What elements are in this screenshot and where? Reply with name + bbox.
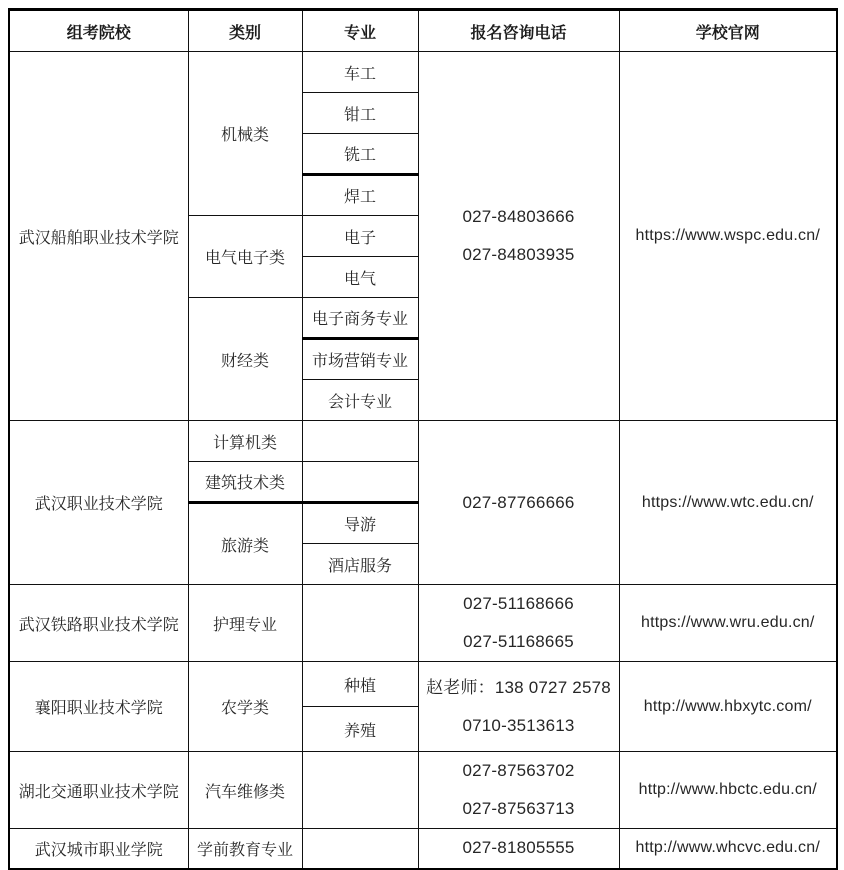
major-cell xyxy=(302,585,418,662)
table-row: 武汉船舶职业技术学院机械类车工027-84803666027-84803935h… xyxy=(9,52,837,93)
phone-cell: 027-87563702027-87563713 xyxy=(418,752,619,829)
website-cell: http://www.whcvc.edu.cn/ xyxy=(619,829,837,869)
website-cell: https://www.wtc.edu.cn/ xyxy=(619,421,837,585)
major-cell: 电气 xyxy=(302,257,418,298)
major-cell: 养殖 xyxy=(302,707,418,752)
major-cell xyxy=(302,829,418,869)
table-row: 武汉铁路职业技术学院护理专业027-51168666027-51168665ht… xyxy=(9,585,837,662)
exam-schools-table: 组考院校 类别 专业 报名咨询电话 学校官网 武汉船舶职业技术学院机械类车工02… xyxy=(8,8,838,870)
major-cell xyxy=(302,421,418,462)
category-cell: 计算机类 xyxy=(188,421,302,462)
table-row: 武汉职业技术学院计算机类027-87766666https://www.wtc.… xyxy=(9,421,837,462)
header-phone: 报名咨询电话 xyxy=(418,10,619,52)
category-cell: 护理专业 xyxy=(188,585,302,662)
header-row: 组考院校 类别 专业 报名咨询电话 学校官网 xyxy=(9,10,837,52)
table-row: 襄阳职业技术学院农学类种植赵老师：138 0727 25780710-35136… xyxy=(9,662,837,707)
major-cell: 会计专业 xyxy=(302,380,418,421)
phone-number: 027-51168665 xyxy=(419,623,619,661)
website-cell: https://www.wspc.edu.cn/ xyxy=(619,52,837,421)
category-cell: 学前教育专业 xyxy=(188,829,302,869)
phone-number: 赵老师：138 0727 2578 xyxy=(419,669,619,707)
phone-cell: 赵老师：138 0727 25780710-3513613 xyxy=(418,662,619,752)
phone-cell: 027-84803666027-84803935 xyxy=(418,52,619,421)
school-name-cell: 襄阳职业技术学院 xyxy=(9,662,188,752)
school-name-cell: 武汉职业技术学院 xyxy=(9,421,188,585)
major-cell: 电子商务专业 xyxy=(302,298,418,339)
phone-number: 027-87766666 xyxy=(419,484,619,522)
phone-cell: 027-81805555 xyxy=(418,829,619,869)
category-cell: 机械类 xyxy=(188,52,302,216)
category-cell: 电气电子类 xyxy=(188,216,302,298)
category-cell: 旅游类 xyxy=(188,503,302,585)
major-cell: 车工 xyxy=(302,52,418,93)
major-cell: 酒店服务 xyxy=(302,544,418,585)
phone-number: 027-84803666 xyxy=(419,198,619,236)
major-cell: 电子 xyxy=(302,216,418,257)
header-school: 组考院校 xyxy=(9,10,188,52)
major-cell: 种植 xyxy=(302,662,418,707)
school-name-cell: 武汉铁路职业技术学院 xyxy=(9,585,188,662)
website-cell: http://www.hbctc.edu.cn/ xyxy=(619,752,837,829)
phone-number: 027-51168666 xyxy=(419,585,619,623)
table-row: 湖北交通职业技术学院汽车维修类027-87563702027-87563713h… xyxy=(9,752,837,829)
phone-number: 027-81805555 xyxy=(419,829,619,867)
header-major: 专业 xyxy=(302,10,418,52)
category-cell: 建筑技术类 xyxy=(188,462,302,503)
phone-number: 027-87563713 xyxy=(419,790,619,828)
phone-number: 027-87563702 xyxy=(419,752,619,790)
table-body: 武汉船舶职业技术学院机械类车工027-84803666027-84803935h… xyxy=(9,52,837,869)
major-cell: 钳工 xyxy=(302,93,418,134)
header-category: 类别 xyxy=(188,10,302,52)
school-name-cell: 武汉船舶职业技术学院 xyxy=(9,52,188,421)
school-name-cell: 武汉城市职业学院 xyxy=(9,829,188,869)
website-cell: https://www.wru.edu.cn/ xyxy=(619,585,837,662)
major-cell xyxy=(302,462,418,503)
category-cell: 汽车维修类 xyxy=(188,752,302,829)
table-row: 武汉城市职业学院学前教育专业027-81805555http://www.whc… xyxy=(9,829,837,869)
school-name-cell: 湖北交通职业技术学院 xyxy=(9,752,188,829)
phone-number: 027-84803935 xyxy=(419,236,619,274)
category-cell: 农学类 xyxy=(188,662,302,752)
category-cell: 财经类 xyxy=(188,298,302,421)
phone-cell: 027-51168666027-51168665 xyxy=(418,585,619,662)
major-cell: 导游 xyxy=(302,503,418,544)
major-cell xyxy=(302,752,418,829)
page: 组考院校 类别 专业 报名咨询电话 学校官网 武汉船舶职业技术学院机械类车工02… xyxy=(0,0,844,870)
phone-number: 0710-3513613 xyxy=(419,707,619,745)
major-cell: 市场营销专业 xyxy=(302,339,418,380)
major-cell: 铣工 xyxy=(302,134,418,175)
major-cell: 焊工 xyxy=(302,175,418,216)
website-cell: http://www.hbxytc.com/ xyxy=(619,662,837,752)
phone-cell: 027-87766666 xyxy=(418,421,619,585)
header-website: 学校官网 xyxy=(619,10,837,52)
